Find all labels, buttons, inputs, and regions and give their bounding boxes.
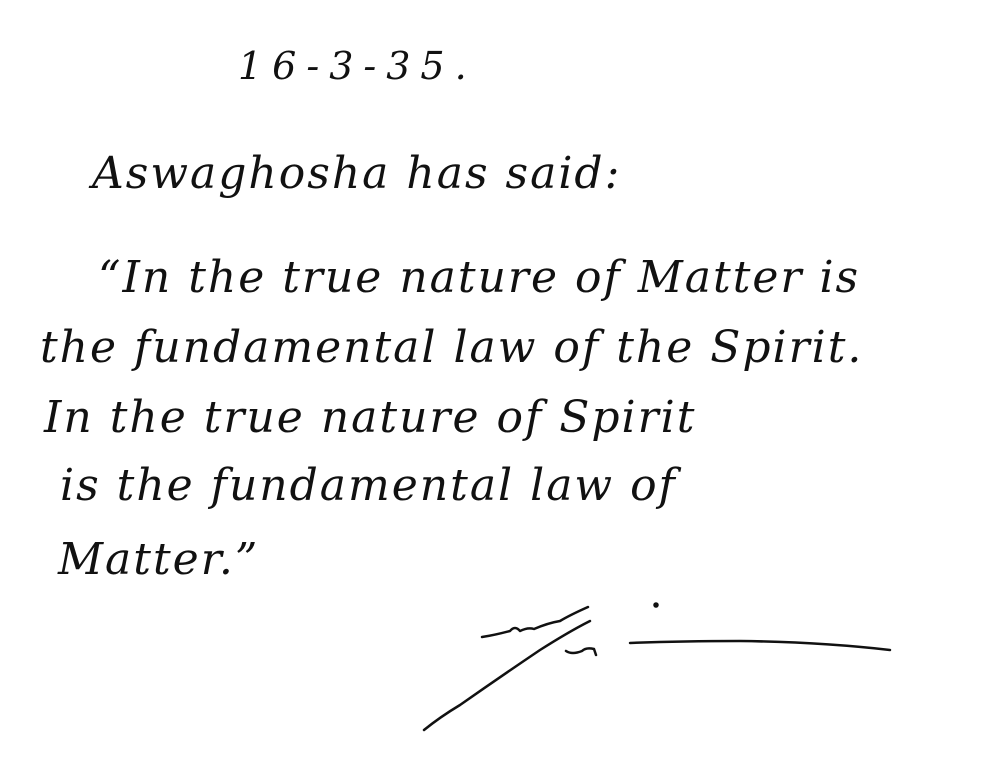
- note-intro: Aswaghosha has said:: [92, 148, 621, 199]
- note-date: 16-3-35.: [238, 44, 477, 88]
- quote-line-2: the fundamental law of the Spirit.: [40, 322, 863, 373]
- signature-icon: [420, 595, 900, 735]
- quote-line-3: In the true nature of Spirit: [44, 392, 696, 443]
- handwritten-note: 16-3-35. Aswaghosha has said: “In the tr…: [0, 0, 989, 776]
- quote-line-1: “In the true nature of Matter is: [98, 252, 860, 303]
- quote-line-4: is the fundamental law of: [60, 460, 677, 511]
- quote-line-5: Matter.”: [58, 534, 259, 585]
